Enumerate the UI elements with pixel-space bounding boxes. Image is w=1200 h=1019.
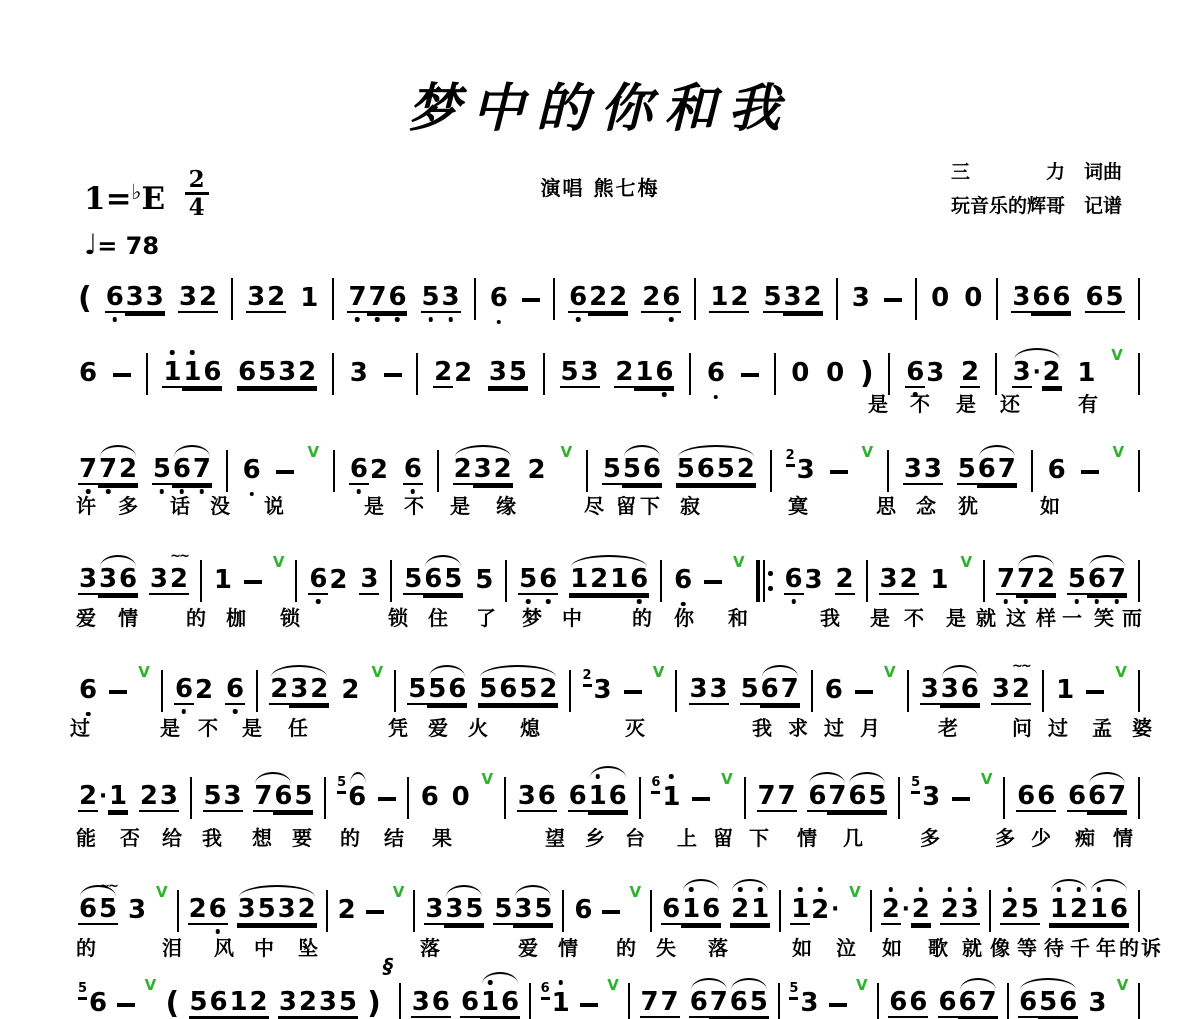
notes-row: 6V6262322V556565223V335676V33632~~1V xyxy=(78,675,1140,705)
note-digit: 6 xyxy=(568,782,588,812)
slur-arc xyxy=(683,879,719,891)
octave-dot-low xyxy=(355,317,360,322)
note-group: 23 xyxy=(940,895,980,925)
note-digit: 7 xyxy=(1016,565,1036,595)
flat-sign: ♭ xyxy=(132,179,142,204)
note-digit: 5 xyxy=(1038,988,1058,1018)
note-digit: 3 xyxy=(246,283,266,313)
grace-note: 2 xyxy=(583,669,592,685)
note-group: 0 xyxy=(825,358,845,388)
note-digit: 6 xyxy=(537,782,557,812)
note-digit: 6 xyxy=(538,565,558,595)
lyric-char: 婆 xyxy=(1132,716,1152,740)
notation-system-8: 56V(56123235)§3661661V77676553V666676563… xyxy=(78,988,1140,1018)
slur-arc xyxy=(482,972,518,984)
duration-dash xyxy=(244,580,262,584)
key-note: E xyxy=(141,181,165,217)
lyric-char: 失 xyxy=(656,936,676,960)
note-digit: 3 xyxy=(411,988,431,1018)
quarter-note-icon: ♩ xyxy=(84,228,97,261)
lyric-char: 老 xyxy=(938,716,958,740)
note-digit: 1 xyxy=(588,782,608,812)
barline xyxy=(995,353,997,395)
note-group: 2·1 xyxy=(78,782,128,812)
breath-mark: V xyxy=(273,553,285,571)
lyric-char: 情 xyxy=(558,936,578,960)
barline xyxy=(161,670,163,712)
notation-system-1: (63332321776536622261253230036665 xyxy=(78,283,1140,313)
duration-dash xyxy=(952,797,970,801)
note-group: 22 xyxy=(433,358,473,388)
barline xyxy=(1003,777,1005,819)
lyric-char: 凭 xyxy=(388,716,408,740)
note-digit: 2 xyxy=(269,675,289,705)
note-group: 32~~ xyxy=(991,675,1031,705)
lyric-char: 和 xyxy=(728,606,748,630)
note-group: 2 xyxy=(527,455,547,485)
duration-dash xyxy=(704,580,722,584)
octave-dot-low xyxy=(182,709,187,714)
lyric-char: 年 xyxy=(1096,936,1116,960)
note-group: 2 xyxy=(960,358,980,388)
octave-dot-low xyxy=(106,489,111,494)
lyric-char: 你 xyxy=(674,606,694,630)
note-digit: 6 xyxy=(78,895,98,925)
note-digit: 6 xyxy=(78,358,98,388)
lyric-char: 是 xyxy=(364,494,384,518)
note-group: 12 xyxy=(709,283,749,313)
octave-dot-low xyxy=(1075,599,1080,604)
note-digit: 3 xyxy=(920,675,940,705)
octave-dot-low xyxy=(1115,599,1120,604)
note-digit: 3 xyxy=(349,358,369,388)
mordent-mark: ~~ xyxy=(170,550,188,563)
note-digit: 3 xyxy=(149,565,169,595)
note-digit: 2 xyxy=(266,283,286,313)
note-group: 6 xyxy=(673,565,693,595)
barline xyxy=(200,560,202,602)
note-group: 66 xyxy=(1016,782,1056,812)
duration-dash xyxy=(1086,690,1104,694)
grace-note: 5 xyxy=(911,776,920,792)
slur-arc xyxy=(942,665,978,677)
note-digit: 5 xyxy=(518,675,538,705)
note-group: 63 xyxy=(784,565,824,595)
barline xyxy=(1007,983,1009,1019)
slur-arc xyxy=(1091,879,1127,891)
note-digit: 7 xyxy=(997,455,1017,485)
slur-arc xyxy=(849,772,885,784)
slur-arc xyxy=(425,555,461,567)
note-digit: 6 xyxy=(1109,895,1129,925)
note-digit: 1 xyxy=(569,565,589,595)
lyric-char: 望 xyxy=(545,826,565,850)
note-group: 0 xyxy=(790,358,810,388)
breath-mark: V xyxy=(371,663,383,681)
breath-mark: V xyxy=(482,770,494,788)
breath-mark: V xyxy=(156,883,168,901)
note-group: 772 xyxy=(996,565,1056,595)
lyric-char: 没 xyxy=(210,494,230,518)
barline xyxy=(1042,670,1044,712)
note-digit: 2 xyxy=(1069,895,1089,925)
lyric-char: 的 xyxy=(186,606,206,630)
note-digit: 6 xyxy=(701,895,721,925)
note-digit: 2 xyxy=(297,895,317,925)
breath-mark: V xyxy=(138,663,150,681)
note-digit: 3 xyxy=(960,895,980,925)
note-group: 3 xyxy=(349,358,369,388)
note-digit: 3 xyxy=(796,455,816,485)
breath-mark: V xyxy=(1115,663,1127,681)
note-digit: 1 xyxy=(480,988,500,1018)
slur-arc xyxy=(1020,978,1076,990)
repeat-thin-bar xyxy=(763,560,765,602)
note-group: 23 xyxy=(786,455,816,485)
notation-system-5: 6V6262322V556565223V335676V33632~~1V xyxy=(78,675,1140,705)
note-digit: 2~~ xyxy=(169,565,189,595)
breath-mark: V xyxy=(308,443,320,461)
octave-dot-low xyxy=(669,317,674,322)
note-digit: 2 xyxy=(730,895,750,925)
note-group: 23 xyxy=(583,675,613,705)
lyric-char: 如 xyxy=(792,936,812,960)
lyric-char: 样 xyxy=(1036,606,1056,630)
note-digit: 2 xyxy=(309,675,329,705)
repeat-thick-bar xyxy=(756,560,761,602)
note-group: 56 xyxy=(337,782,367,812)
note-digit: 2 xyxy=(940,895,960,925)
note-digit: 2 xyxy=(433,358,453,388)
octave-dot-low xyxy=(395,317,400,322)
lyric-char: 如 xyxy=(882,936,902,960)
notes-row: (63332321776536622261253230036665 xyxy=(78,283,1140,313)
duration-dash xyxy=(624,690,642,694)
lyric-char: 待 xyxy=(1044,936,1064,960)
slur-arc xyxy=(239,885,315,897)
note-digit: 2 xyxy=(328,565,348,595)
octave-dot-low xyxy=(637,599,642,604)
barline xyxy=(996,278,998,320)
note-digit: 6 xyxy=(423,565,443,595)
octave-dot-low xyxy=(1004,599,1009,604)
note-group: 6532 xyxy=(237,358,317,388)
duration-dash xyxy=(117,1003,135,1007)
parenthesis: ( xyxy=(166,988,180,1019)
note-group: 53 xyxy=(789,988,819,1018)
note-digit: 2 xyxy=(538,675,558,705)
octave-dot-low xyxy=(791,599,796,604)
note-digit: 2~~ xyxy=(1011,675,1031,705)
slur-arc xyxy=(571,555,647,567)
parenthesis: ) xyxy=(367,988,381,1019)
note-digit: 6 xyxy=(208,895,228,925)
lyric-char: 孟 xyxy=(1092,716,1112,740)
note-group: 6 xyxy=(573,895,593,925)
note-group: 232 xyxy=(269,675,329,705)
breath-mark: V xyxy=(1111,346,1123,364)
barline xyxy=(887,450,889,492)
note-digit: 6 xyxy=(706,358,726,388)
repeat-dots xyxy=(768,566,773,596)
note-digit: 5 xyxy=(189,988,209,1018)
lyric-char: 过 xyxy=(824,716,844,740)
note-group: 1216 xyxy=(1049,895,1129,925)
lyric-char: 问 xyxy=(1012,716,1032,740)
note-digit: 7 xyxy=(253,782,273,812)
note-digit: 3 xyxy=(580,358,600,388)
lyric-char: 任 xyxy=(288,716,308,740)
barline xyxy=(1138,777,1140,819)
note-group: 3532 xyxy=(237,895,317,925)
barline xyxy=(394,670,396,712)
note-group: 3 xyxy=(1087,988,1107,1018)
note-digit: 1 xyxy=(551,988,571,1018)
lyric-char: 留 xyxy=(616,494,636,518)
note-digit: 2 xyxy=(340,675,360,705)
barline xyxy=(907,670,909,712)
octave-dot-low xyxy=(249,492,254,497)
lyric-char: 多 xyxy=(920,826,940,850)
lyric-char: 月 xyxy=(860,716,880,740)
note-digit: 6 xyxy=(88,988,108,1018)
breath-mark: V xyxy=(560,443,572,461)
note-digit: 6 xyxy=(629,565,649,595)
barline xyxy=(333,450,335,492)
barline xyxy=(1138,560,1140,602)
lyric-char: 乡 xyxy=(585,826,605,850)
note-digit: 0 xyxy=(963,283,983,313)
note-digit: 3 xyxy=(223,782,243,812)
note-digit: 3 xyxy=(277,895,297,925)
duration-dash xyxy=(113,373,131,377)
duration-dash xyxy=(378,797,396,801)
note-digit: 6 xyxy=(172,455,192,485)
duration-dash xyxy=(109,690,127,694)
note-digit: 5 xyxy=(474,565,494,595)
barline xyxy=(989,890,991,932)
note-group: 616 xyxy=(460,988,520,1018)
time-signature-denominator: 4 xyxy=(185,195,209,219)
barline xyxy=(1138,278,1140,320)
lyric-char: 台 xyxy=(625,826,645,850)
note-digit: 3 xyxy=(488,358,508,388)
note-digit: 5 xyxy=(749,988,769,1018)
note-group: 6 xyxy=(78,358,98,388)
note-digit: 7 xyxy=(777,782,797,812)
lyric-char: 的 xyxy=(76,936,96,960)
octave-dot-high xyxy=(1008,887,1013,892)
note-group: 77 xyxy=(757,782,797,812)
note-digit: 3 xyxy=(709,675,729,705)
note-group: 23 xyxy=(139,782,179,812)
barline xyxy=(413,890,415,932)
note-digit: 1 xyxy=(661,782,681,812)
breath-mark: V xyxy=(849,883,861,901)
slur-arc xyxy=(1051,879,1087,891)
note-digit: 5 xyxy=(1105,283,1125,313)
note-group: 66 xyxy=(888,988,928,1018)
note-digit: 1 xyxy=(750,895,770,925)
octave-dot-low xyxy=(180,489,185,494)
barline xyxy=(1138,983,1140,1019)
note-digit: 3 xyxy=(1011,283,1031,313)
note-digit: 6 xyxy=(500,988,520,1018)
note-group: 32 xyxy=(246,283,286,313)
note-digit: 1 xyxy=(1076,358,1096,388)
breath-mark: V xyxy=(393,883,405,901)
note-group: 6 xyxy=(824,675,844,705)
note-digit: 2 xyxy=(589,565,609,595)
octave-dot-high xyxy=(968,887,973,892)
note-digit: 2 xyxy=(337,895,357,925)
slur-arc xyxy=(809,772,845,784)
duration-dash xyxy=(692,797,710,801)
lyric-char: 结 xyxy=(384,826,404,850)
note-digit: 2 xyxy=(78,782,98,812)
note-digit: 5 xyxy=(421,283,441,313)
lyric-char: 中 xyxy=(562,606,582,630)
note-group: 6 xyxy=(225,675,245,705)
duration-dash xyxy=(829,1003,847,1007)
note-group: 65~~ xyxy=(78,895,118,925)
note-group: 567 xyxy=(152,455,212,485)
note-digit: · xyxy=(98,782,108,812)
notes-row: 33632~~1V62356555612166V632321V772567 xyxy=(78,565,1140,595)
song-title: 梦中的你和我 xyxy=(0,66,1200,141)
note-group: 33 xyxy=(689,675,729,705)
lyric-char: 梦 xyxy=(522,606,542,630)
duration-dash xyxy=(276,470,294,474)
lyric-char: 是 xyxy=(870,606,890,630)
note-digit: 2 xyxy=(899,565,919,595)
note-group: 216 xyxy=(614,358,674,388)
note-group: 61 xyxy=(651,782,681,812)
barline xyxy=(778,983,780,1019)
note-group: 1 xyxy=(1055,675,1075,705)
note-digit: 6 xyxy=(1031,283,1051,313)
lyric-char: 泣 xyxy=(836,936,856,960)
note-digit: 6 xyxy=(888,988,908,1018)
duration-dash xyxy=(741,373,759,377)
lyric-char: 像 xyxy=(990,936,1010,960)
barline xyxy=(877,983,879,1019)
note-digit: 3 xyxy=(923,455,943,485)
lyric-char: 多 xyxy=(995,826,1015,850)
barline xyxy=(779,890,781,932)
barline xyxy=(529,983,531,1019)
note-digit: 2 xyxy=(249,988,269,1018)
barline xyxy=(326,890,328,932)
note-group: 616 xyxy=(661,895,721,925)
note-digit: 6 xyxy=(1087,565,1107,595)
lyric-char: 想 xyxy=(252,826,272,850)
note-digit: 3 xyxy=(940,675,960,705)
slur-arc xyxy=(174,445,210,457)
note-digit: 6 xyxy=(938,988,958,1018)
lyric-char: 了 xyxy=(476,606,496,630)
note-digit: 6 xyxy=(1058,988,1078,1018)
note-group: 1 xyxy=(213,565,233,595)
note-digit: 6 xyxy=(1016,782,1036,812)
lyric-char: 果 xyxy=(432,826,452,850)
note-digit: 2 xyxy=(297,358,317,388)
barline xyxy=(811,670,813,712)
note-digit: 2 xyxy=(911,895,931,925)
lyric-char: 过 xyxy=(70,716,90,740)
breath-mark: V xyxy=(1112,443,1124,461)
note-group: 1 xyxy=(1076,358,1096,388)
lyric-char: 是 xyxy=(868,392,888,416)
note-group: 56 xyxy=(518,565,558,595)
slur-arc xyxy=(455,445,511,457)
note-group: 336 xyxy=(920,675,980,705)
note-digit: 6 xyxy=(568,283,588,313)
note-digit: 6 xyxy=(689,988,709,1018)
note-digit: 2 xyxy=(810,895,830,925)
note-group: 1 xyxy=(929,565,949,595)
note-group: 776 xyxy=(347,283,407,313)
duration-dash xyxy=(366,910,384,914)
note-digit: 3 xyxy=(98,565,118,595)
note-digit: 5 xyxy=(203,782,223,812)
note-group: 35 xyxy=(488,358,528,388)
lyric-char: 而 xyxy=(1122,606,1142,630)
note-digit: 1 xyxy=(299,283,319,313)
note-digit: 3 xyxy=(851,283,871,313)
note-digit: 6 xyxy=(908,988,928,1018)
barline xyxy=(770,450,772,492)
duration-dash xyxy=(580,1003,598,1007)
octave-dot-high xyxy=(948,887,953,892)
composer-credit: 三 力 词曲 xyxy=(951,155,1122,189)
barline xyxy=(256,670,258,712)
slur-arc xyxy=(732,879,768,891)
barline xyxy=(324,777,326,819)
barline xyxy=(407,777,409,819)
note-digit: 5 xyxy=(957,455,977,485)
note-group: 6 xyxy=(242,455,262,485)
note-digit: 6 xyxy=(642,455,662,485)
lyric-char: 我 xyxy=(820,606,840,630)
note-digit: 3 xyxy=(441,283,461,313)
tempo-marking: ♩= 78 xyxy=(84,228,159,261)
lyric-char: 留 xyxy=(713,826,733,850)
note-digit: 6 xyxy=(960,675,980,705)
lyric-char: 寞 xyxy=(788,494,808,518)
barline xyxy=(628,983,630,1019)
note-group: 53 xyxy=(421,283,461,313)
note-group: 667 xyxy=(938,988,998,1018)
barline xyxy=(399,983,401,1019)
note-digit: 2 xyxy=(835,565,855,595)
octave-dot-low xyxy=(1024,599,1029,604)
note-digit: 5 xyxy=(518,565,538,595)
note-digit: 1 xyxy=(108,782,128,812)
note-digit: 6 xyxy=(654,358,674,388)
note-digit: 1 xyxy=(790,895,810,925)
note-digit: 2 xyxy=(188,895,208,925)
note-group: 2·2 xyxy=(881,895,931,925)
note-digit: 3 xyxy=(127,895,147,925)
note-digit: 6 xyxy=(387,283,407,313)
barline xyxy=(474,278,476,320)
note-digit: 5 xyxy=(1020,895,1040,925)
barline xyxy=(505,560,507,602)
barline xyxy=(332,353,334,395)
note-digit: 2 xyxy=(1042,358,1062,388)
note-group: 6 xyxy=(1047,455,1067,485)
